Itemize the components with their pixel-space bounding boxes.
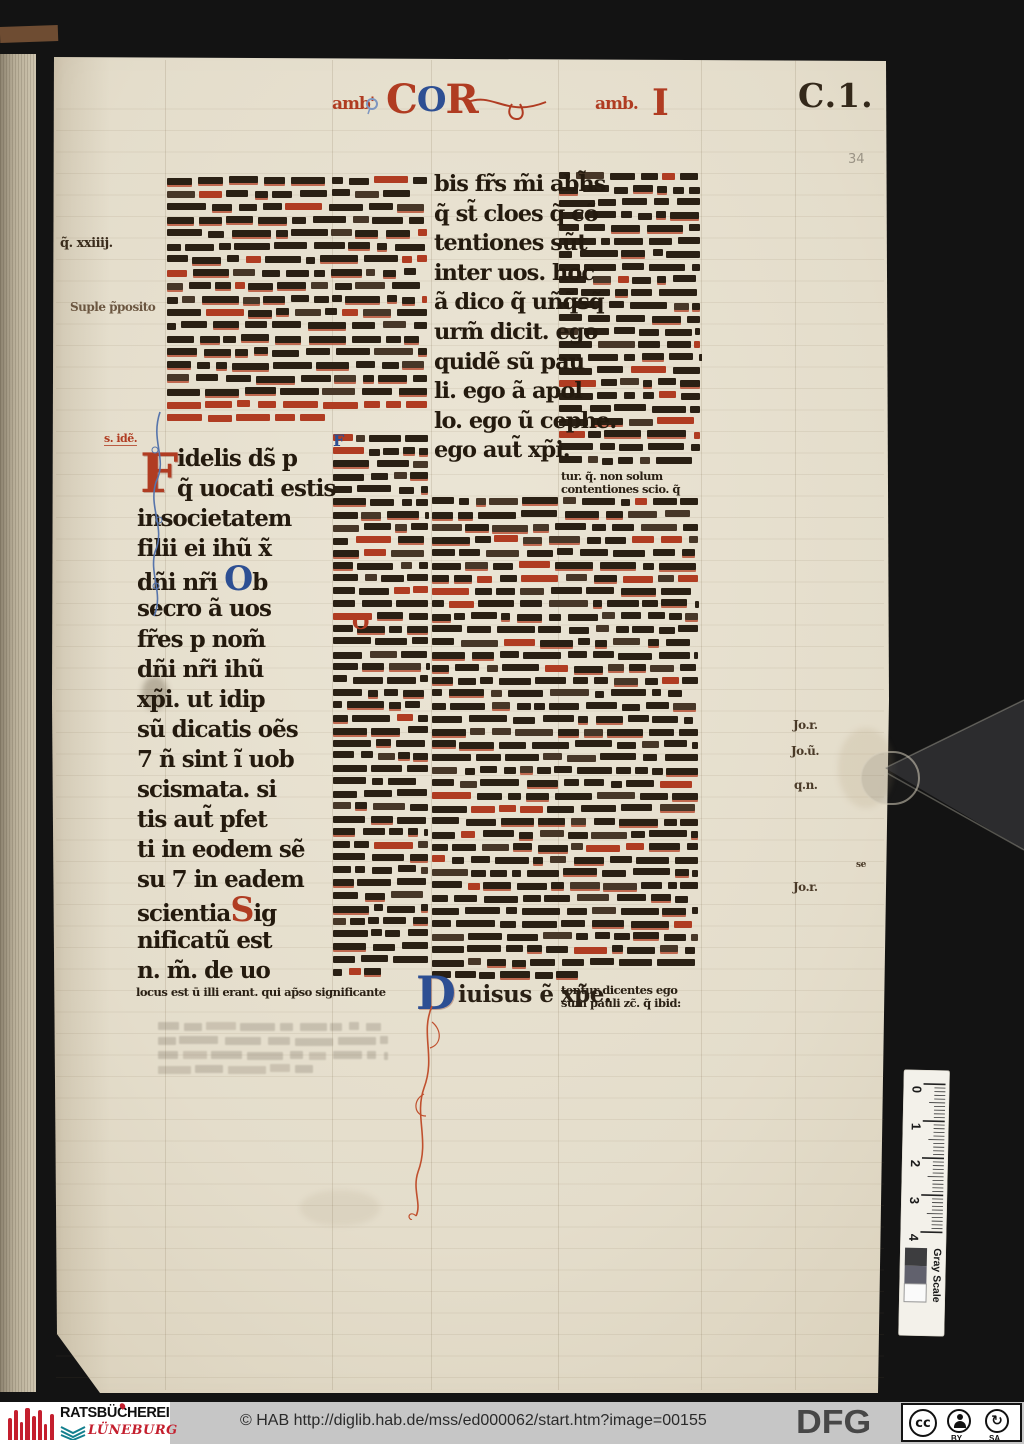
margin-note-right: q.n. [794,778,817,792]
lemma-line: xp̃i. ut idip [137,685,335,715]
commentary-top-left [167,176,429,427]
lemma-divisus-est: iuisus ẽ xp̃e. [458,982,611,1008]
show-through [158,1022,390,1078]
svg-text:2: 2 [908,1160,923,1168]
cc-by-label: BY [951,1434,962,1443]
commentary-wide [432,497,700,983]
text-line: contentiones scio. q̃ [561,483,680,496]
lemma-line: 7 ñ sint ĩ uob [137,745,335,775]
running-title-center: COR [386,76,478,123]
margin-note-left: s. idẽ. [104,432,137,446]
lemma-line: scismata. si [137,775,335,805]
cc-sa-icon: ↻ [985,1409,1009,1433]
library-logo[interactable]: RATSBÜCHEREI LÜNEBURG [0,1402,170,1444]
svg-text:0: 0 [909,1086,924,1094]
folio-mark: C.1. [798,76,874,115]
gray-scale-label: Gray Scale [930,1248,943,1303]
title-letter: C [386,76,417,123]
explicit-line: locus est ū illi erant. qui ap̃so signif… [136,986,386,999]
book-board-edge [0,25,58,43]
lemma-line: urm̃ dicit. ego [434,318,616,348]
digitized-manuscript-viewer: amb' COR amb. I C.1. 34 FO bis fr̃s m̃i … [0,0,1024,1444]
cc-icon: cc [909,1409,937,1437]
lemma-line: n. m̃. de uo [137,956,335,986]
ruler-graphic: 01234 Gray Scale [898,1070,950,1337]
text-line: iuisus ẽ xp̃e. [458,982,611,1008]
lemma-line: ego aut̃ xp̃i. [434,436,616,466]
margin-note-right: se [856,860,866,870]
copyright-url: © HAB http://diglib.hab.de/mss/ed000062/… [240,1412,707,1430]
lemma-line: tentiones sũt [434,229,616,259]
lemma-line: tis aut̃ pfet [137,805,335,835]
lemma-line: quidẽ sũ pau [434,348,616,378]
lemma-line: li. ego ã apol [434,377,616,407]
cc-by-icon [947,1409,971,1433]
page-block-edges [0,54,36,1392]
lemma-line: fr̃es p nom̃ [137,625,335,655]
open-book-icon [60,1424,86,1440]
title-letter: O [417,80,446,120]
library-city: LÜNEBURG [88,1423,178,1438]
gray-scale-ruler: 01234 Gray Scale [898,1070,950,1341]
dfg-logo[interactable]: DFG [796,1403,871,1441]
footer-bar: RATSBÜCHEREI LÜNEBURG © HAB http://digli… [0,1402,1024,1444]
cc-license-badge[interactable]: cc BY ↻ SA [901,1403,1022,1442]
lemma-corinthians-top: bis fr̃s m̃i abh̃sq̃ st̃ cloes q̃ cõtent… [434,170,616,466]
text-line: locus est ū illi erant. qui ap̃so signif… [136,986,386,999]
lemma-line: dñi nr̃i ihũ [137,655,335,685]
lemma-line: scientiaSig [137,895,335,925]
lemma-line: ã dico q̃ uñq̃sq̃ [434,288,616,318]
blue-penwork-flourish [146,410,174,620]
margin-note-left: Suple p̃posito [70,300,155,314]
lemma-line: lo. ego ũ cephe. [434,407,616,437]
svg-text:3: 3 [907,1197,922,1205]
cc-sa-label: SA [989,1434,1000,1443]
library-name: RATSBÜCHEREI [60,1405,169,1421]
margin-note-right: Jo.r. [793,880,818,894]
running-title-right: amb. [595,94,638,114]
commentary-mid-column [333,434,430,980]
lemma-line: inter uos. hoc [434,259,616,289]
lemma-line: bis fr̃s m̃i abh̃s [434,170,616,200]
svg-text:1: 1 [909,1123,924,1131]
lemma-line: sũ dicatis oẽs [137,715,335,745]
chapter-numeral: I [652,82,668,124]
lemma-line: nificatũ est [137,926,335,956]
margin-note-right: Jo.ũ. [791,744,819,758]
header-flourish [466,88,550,130]
red-penwork-flourish [402,1004,446,1220]
svg-text:4: 4 [906,1234,921,1242]
lemma-line: q̃ st̃ cloes q̃ cõ [434,200,616,230]
paraph-mark-icon [364,96,380,116]
margin-note-right: Jo.r. [793,718,818,732]
initial-o-red: O [352,612,368,632]
lemma-line: ti in eodem sẽ [137,835,335,865]
right-column-fragment-top: tur. q̃. non solumcontentiones scio. q̃ [561,470,680,496]
margin-note-left: q̃. xxiiij. [60,236,113,251]
pencil-foliation: 34 [848,152,865,167]
